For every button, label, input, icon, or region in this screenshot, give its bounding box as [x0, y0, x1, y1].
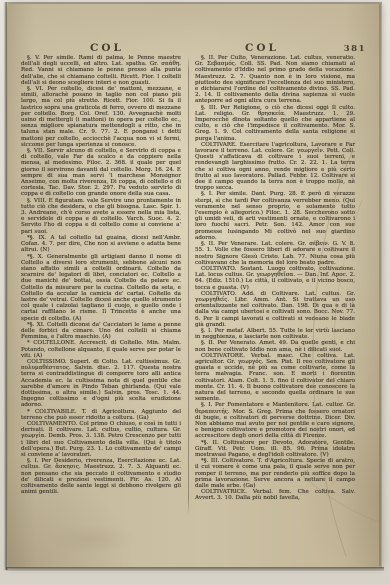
dictionary-paragraph: §. I. Per Fomentatore e Mantenitore. Lat… — [195, 402, 355, 439]
dictionary-paragraph: COLTIVARE. Esercitare l'agricoltura, Lav… — [195, 142, 355, 192]
dictionary-paragraph: §. V. Per simile. Rami di palma, le Penn… — [21, 55, 181, 86]
dictionary-paragraph: *§. III. Coltivatore. T. d'Agricoltura. … — [195, 458, 355, 489]
dictionary-paragraph: COLTIVATO. Add. di Coltivare. Lat. cultu… — [195, 291, 355, 328]
running-head-left-title: COL — [24, 42, 190, 54]
dictionary-paragraph: §. VII. Servir alcuno di coltello, e Ser… — [21, 148, 181, 198]
running-head: COL COL 381 — [8, 42, 382, 56]
scanned-book-page: COL COL 381 §. V. Per simile. Rami di pa… — [0, 0, 390, 585]
dictionary-paragraph: COLTIVATORE. Verbal. masc. Che coltiva. … — [195, 353, 355, 403]
page-edge-shadow-right — [379, 4, 381, 566]
column-divider-rule — [188, 56, 189, 516]
dictionary-paragraph: COLTISSIMO. Superl. di Colto. Lat. culti… — [21, 359, 181, 409]
dictionary-paragraph: §. II. Per Venerato. Amet. 49. Da quelle… — [195, 340, 355, 352]
dictionary-paragraph: §. I. Per simile. Dant. Purg. 28. E però… — [195, 191, 355, 241]
dictionary-paragraph: §. I. Per Desiderio, riverenza, Esercita… — [21, 458, 181, 495]
paper-stain — [48, 524, 138, 554]
right-column: §. II. Per Culto, Venerazione. Lat. cult… — [195, 55, 355, 516]
dictionary-paragraph: §. VIII. E figuratam. vale Servire uno p… — [21, 198, 181, 235]
dictionary-paragraph: *§. II. Coltivatore per Devoto, Adorator… — [195, 440, 355, 459]
page-number: 381 — [344, 44, 366, 54]
dictionary-paragraph: * COLTELLONE. Accrescit. di Coltello. Mi… — [21, 340, 181, 359]
dictionary-paragraph: COLTIVAMENTO. Col primo O chiuso, e così… — [21, 421, 181, 458]
page-edge-shadow-bottom — [6, 567, 384, 571]
dictionary-paragraph: COLTIVATO. Sostant. Luogo coltivato, col… — [195, 266, 355, 291]
dictionary-paragraph: * COLTIVABILE. T. di Agricoltura. Aggiun… — [21, 409, 181, 421]
dictionary-paragraph: COLTIVATRICE. Verbal. fem. Che coltiva. … — [195, 489, 355, 501]
dictionary-paragraph: *§. X. Generalmente gli artigiani danno … — [21, 254, 181, 322]
dictionary-paragraph: §. VI. Per coltello, dicesi de' mattoni,… — [21, 86, 181, 148]
paper-sheet: COL COL 381 §. V. Per simile. Rami di pa… — [8, 4, 382, 568]
left-column: §. V. Per simile. Rami di palma, le Penn… — [21, 55, 181, 516]
page-edge-shadow-top — [8, 2, 382, 4]
dictionary-paragraph: §. II. Per Venerare. Lat. colere. Gr. σέ… — [195, 241, 355, 266]
page-edge-shadow-left — [4, 2, 8, 570]
dictionary-paragraph: §. II. Per Culto, Venerazione. Lat. cult… — [195, 55, 355, 105]
dictionary-paragraph: §. III. Per Religione, o ciò che dicesi … — [195, 105, 355, 142]
text-block: §. V. Per simile. Rami di palma, le Penn… — [21, 55, 355, 516]
dictionary-paragraph: §. I. Per metaf. Albert. 55. Tutte le lo… — [195, 328, 355, 340]
dictionary-paragraph: *§. IX. A tal coltello tal guaina, dices… — [21, 235, 181, 254]
dictionary-paragraph: *§. XI. Coltelli diconsi da' Cacciatori … — [21, 322, 181, 341]
running-head-right-title: COL — [196, 42, 328, 54]
